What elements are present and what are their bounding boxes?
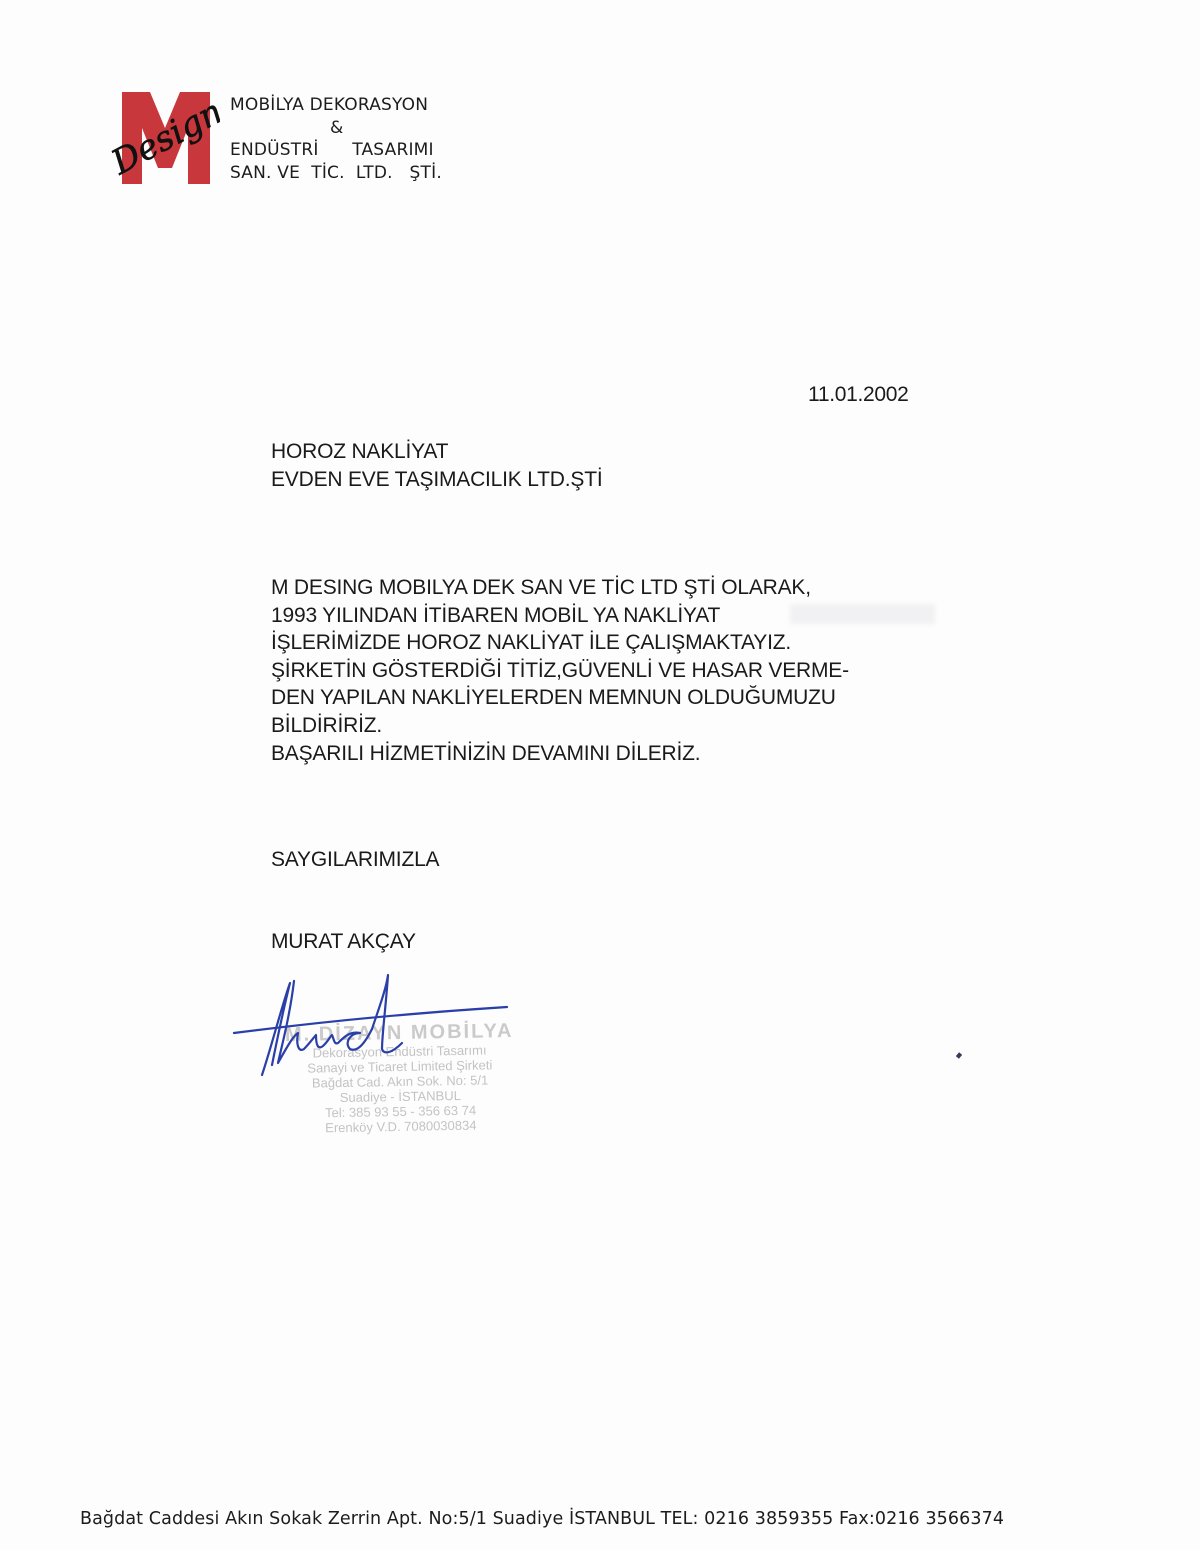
recipient-line: EVDEN EVE TAŞIMACILIK LTD.ŞTİ	[271, 466, 602, 494]
recipient-block: HOROZ NAKLİYAT EVDEN EVE TAŞIMACILIK LTD…	[271, 438, 602, 493]
scan-speck	[956, 1052, 962, 1058]
letter-date: 11.01.2002	[808, 383, 909, 407]
body-line: İŞLERİMİZDE HOROZ NAKLİYAT İLE ÇALIŞMAKT…	[271, 629, 849, 657]
company-logo: Design	[110, 88, 220, 188]
signer-name: MURAT AKÇAY	[271, 930, 416, 954]
body-line: DEN YAPILAN NAKLİYELERDEN MEMNUN OLDUĞUM…	[271, 684, 849, 712]
m-design-logo-icon: Design	[110, 88, 220, 188]
company-line: ENDÜSTRİ TASARIMI	[230, 139, 442, 162]
body-line: ŞİRKETİN GÖSTERDİĞİ TİTİZ,GÜVENLİ VE HAS…	[271, 657, 849, 685]
footer-address: Bağdat Caddesi Akın Sokak Zerrin Apt. No…	[80, 1509, 1004, 1529]
company-line: MOBİLYA DEKORASYON	[230, 94, 442, 117]
body-line: BAŞARILI HİZMETİNİZİN DEVAMINI DİLERİZ.	[271, 740, 849, 768]
body-line: M DESING MOBILYA DEK SAN VE TİC LTD ŞTİ …	[271, 574, 849, 602]
letter-body: M DESING MOBILYA DEK SAN VE TİC LTD ŞTİ …	[271, 574, 849, 767]
body-line: BİLDİRİRİZ.	[271, 712, 849, 740]
company-line: &	[230, 117, 442, 140]
closing-salutation: SAYGILARIMIZLA	[271, 848, 439, 872]
recipient-line: HOROZ NAKLİYAT	[271, 438, 602, 466]
company-name-block: MOBİLYA DEKORASYON & ENDÜSTRİ TASARIMI S…	[230, 94, 442, 184]
handwritten-signature	[232, 965, 552, 1085]
company-line: SAN. VE TİC. LTD. ŞTİ.	[230, 162, 442, 185]
body-line: 1993 YILINDAN İTİBAREN MOBİL YA NAKLİYAT	[271, 602, 849, 630]
signature-icon	[232, 965, 552, 1085]
